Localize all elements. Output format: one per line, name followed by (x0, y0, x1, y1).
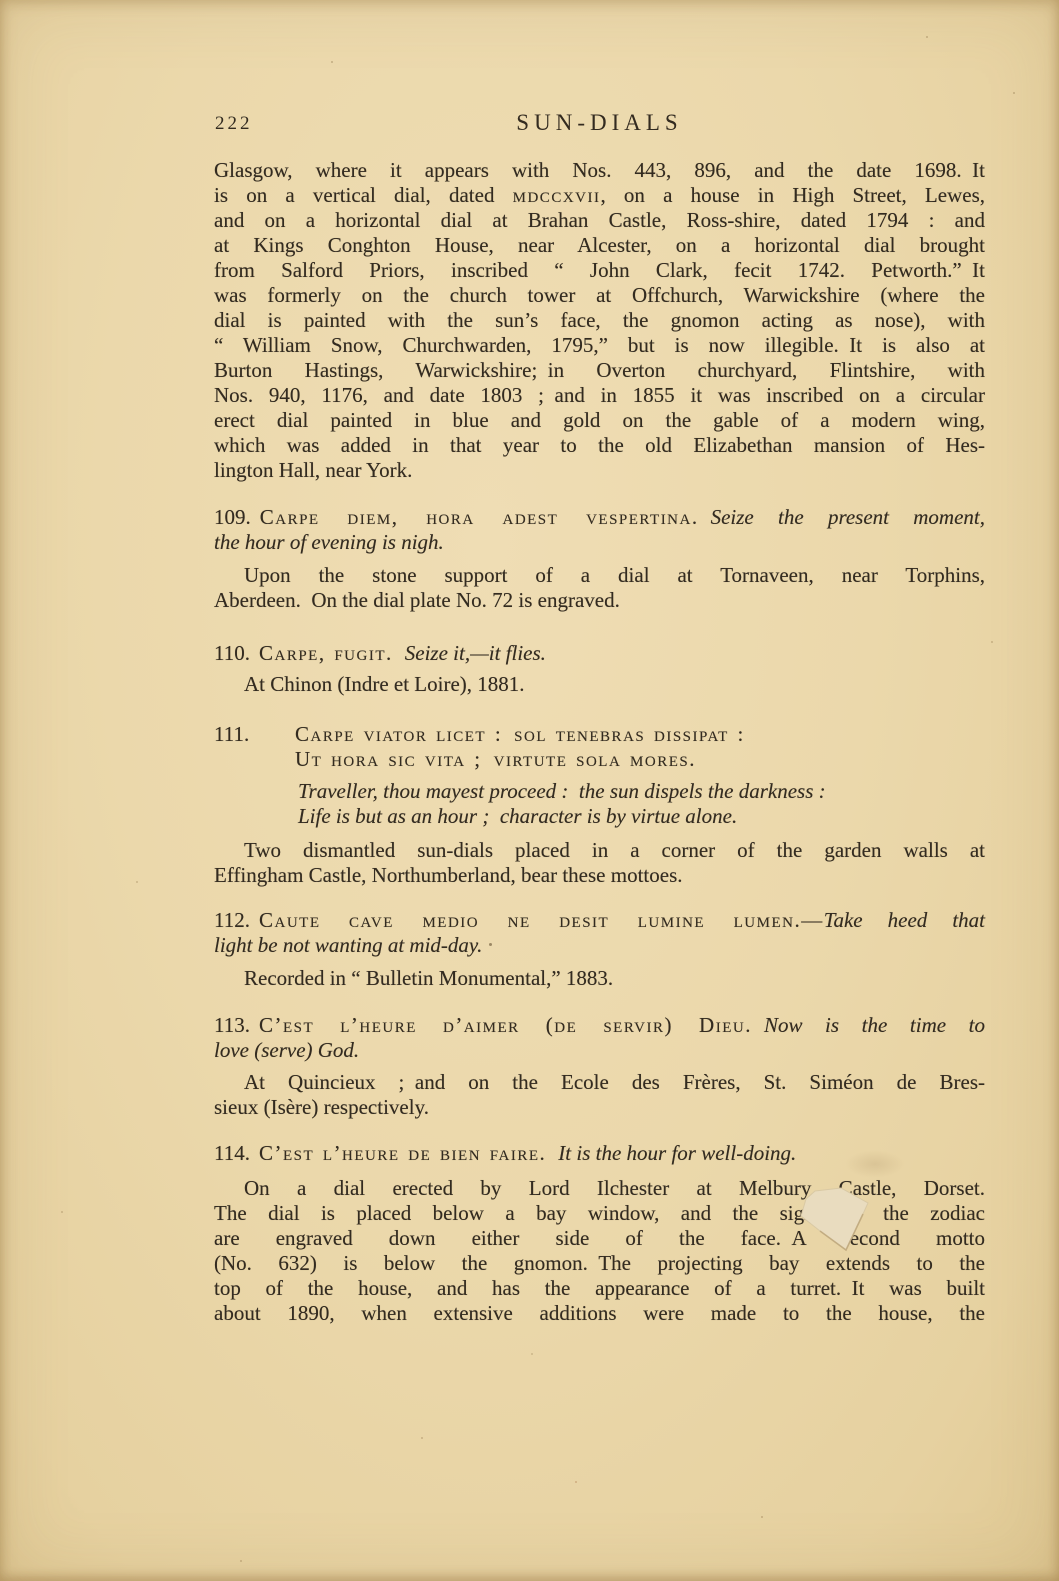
entry-111-heading: 111.Carpe viator licet : sol tenebras di… (214, 722, 985, 772)
text-line: Nos. 940, 1176, and date 1803 ; and in 1… (214, 383, 985, 408)
motto-translation: the hour of evening is nigh. (214, 530, 444, 554)
text-line: At Quincieux ; and on the Ecole des Frèr… (214, 1070, 985, 1095)
text-line: top of the house, and has the appearance… (214, 1276, 985, 1301)
text-line: dial is painted with the sun’s face, the… (214, 308, 985, 333)
text-line: 110.Carpe, fugit.Seize it,—it flies. (214, 641, 985, 666)
entry-109-heading: 109.Carpe diem, hora adest vespertina.Se… (214, 505, 985, 555)
latin-motto: Ut hora sic vita ; virtute sola mores. (295, 747, 696, 771)
latin-motto: C’est l’heure de bien faire. (259, 1141, 546, 1165)
motto-translation: Traveller, thou mayest proceed : the sun… (298, 779, 826, 803)
text-line: about 1890, when extensive additions wer… (214, 1301, 985, 1326)
motto-translation: Seize the present moment, (711, 505, 985, 529)
running-title: SUN-DIALS (516, 110, 682, 136)
motto-translation: It is the hour for well-doing. (558, 1141, 796, 1165)
ink-speck (489, 943, 492, 946)
text-column: 222 SUN-DIALS Glasgow, where it appears … (214, 0, 985, 1326)
latin-motto: Carpe, fugit. (259, 641, 393, 665)
text-line: light be not wanting at mid-day. (214, 933, 985, 958)
text-line: Glasgow, where it appears with Nos. 443,… (214, 158, 985, 183)
page-number: 222 (215, 113, 253, 135)
latin-motto: Carpe diem, hora adest vespertina. (260, 505, 699, 529)
entry-number: 111. (214, 722, 249, 747)
text-line: erect dial painted in blue and gold on t… (214, 408, 985, 433)
text-line: “ William Snow, Churchwarden, 1795,” but… (214, 333, 985, 358)
entry-113-body: At Quincieux ; and on the Ecole des Frèr… (214, 1070, 985, 1120)
text-line: and on a horizontal dial at Brahan Castl… (214, 208, 985, 233)
entry-111-body: Two dismantled sun-dials placed in a cor… (214, 838, 985, 888)
text-line: Burton Hastings, Warwickshire; in Overto… (214, 358, 985, 383)
latin-motto: Caute cave medio ne desit lumine lumen.— (259, 908, 824, 932)
text-line: Two dismantled sun-dials placed in a cor… (214, 838, 985, 863)
entry-113-heading: 113.C’est l’heure d’aimer (de servir) Di… (214, 1013, 985, 1063)
text-line: Recorded in “ Bulletin Monumental,” 1883… (214, 966, 985, 991)
torn-paper-patch (790, 1180, 880, 1260)
text-line: At Chinon (Indre et Loire), 1881. (214, 672, 985, 697)
latin-motto: C’est l’heure d’aimer (de servir) Dieu. (259, 1013, 752, 1037)
book-page: 222 SUN-DIALS Glasgow, where it appears … (0, 0, 1059, 1581)
motto-translation: love (serve) God. (214, 1038, 359, 1062)
entry-110-heading: 110.Carpe, fugit.Seize it,—it flies. (214, 641, 985, 666)
paper-specks (0, 0, 2, 2)
text-line: is on a vertical dial, dated mdccxvii, o… (214, 183, 985, 208)
text-line: Effingham Castle, Northumberland, bear t… (214, 863, 985, 888)
text-line: 114.C’est l’heure de bien faire.It is th… (214, 1141, 985, 1166)
text-line: 109.Carpe diem, hora adest vespertina.Se… (214, 505, 985, 530)
entry-number: 109. (214, 505, 251, 529)
latin-motto: Carpe viator licet : sol tenebras dissip… (295, 722, 745, 746)
text-line: Ut hora sic vita ; virtute sola mores. (214, 747, 985, 772)
entry-110-body: At Chinon (Indre et Loire), 1881. (214, 672, 985, 697)
paragraph-glasgow: Glasgow, where it appears with Nos. 443,… (214, 158, 985, 483)
entry-number: 112. (214, 908, 250, 932)
motto-translation: Seize it,—it flies. (405, 641, 546, 665)
text-line: Life is but as an hour ; character is by… (214, 804, 985, 829)
text-line: from Salford Priors, inscribed “ John Cl… (214, 258, 985, 283)
entry-number: 110. (214, 641, 250, 665)
motto-translation: Now is the time to (764, 1013, 985, 1037)
text-line: which was added in that year to the old … (214, 433, 985, 458)
entry-112-body: Recorded in “ Bulletin Monumental,” 1883… (214, 966, 985, 991)
text-line: 112.Caute cave medio ne desit lumine lum… (214, 908, 985, 933)
text-line: Traveller, thou mayest proceed : the sun… (214, 779, 985, 804)
roman-numeral-date: mdccxvii (513, 183, 601, 207)
entry-number: 114. (214, 1141, 250, 1165)
entry-114-heading: 114.C’est l’heure de bien faire.It is th… (214, 1141, 985, 1166)
motto-translation: light be not wanting at mid-day. (214, 933, 482, 957)
text-line: 111.Carpe viator licet : sol tenebras di… (214, 722, 985, 747)
text-line: lington Hall, near York. (214, 458, 985, 483)
text-line: was formerly on the church tower at Offc… (214, 283, 985, 308)
page-header: 222 SUN-DIALS (214, 110, 985, 136)
text-line: 113.C’est l’heure d’aimer (de servir) Di… (214, 1013, 985, 1038)
text-line: sieux (Isère) respectively. (214, 1095, 985, 1120)
entry-number: 113. (214, 1013, 250, 1037)
text-line: the hour of evening is nigh. (214, 530, 985, 555)
entry-112-heading: 112.Caute cave medio ne desit lumine lum… (214, 908, 985, 958)
text-line: Aberdeen. On the dial plate No. 72 is en… (214, 588, 985, 613)
motto-translation: Take heed that (824, 908, 985, 932)
entry-109-body: Upon the stone support of a dial at Torn… (214, 563, 985, 613)
text-line: at Kings Conghton House, near Alcester, … (214, 233, 985, 258)
motto-translation: Life is but as an hour ; character is by… (298, 804, 737, 828)
text-line: love (serve) God. (214, 1038, 985, 1063)
entry-111-translation: Traveller, thou mayest proceed : the sun… (214, 779, 985, 829)
text-line: Upon the stone support of a dial at Torn… (214, 563, 985, 588)
